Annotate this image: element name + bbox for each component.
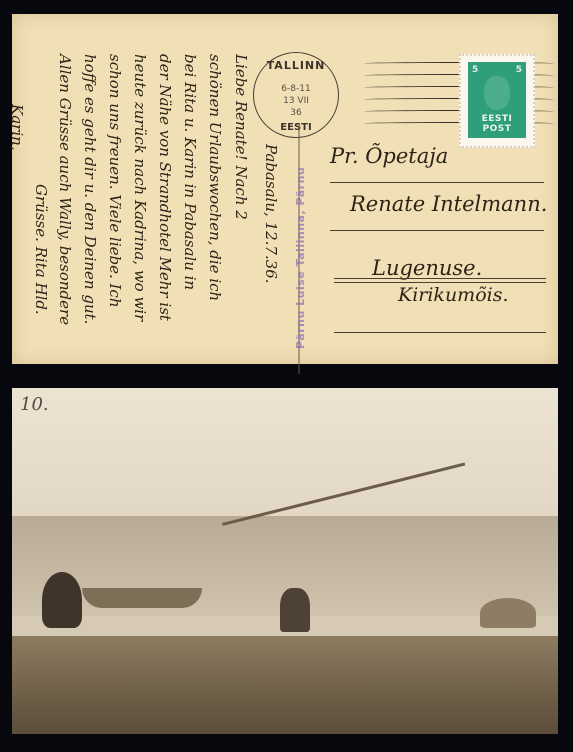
postmark-date: 6-8-11 13 VII 36 [254,83,338,119]
message-line: Liebe Renate! Nach 2 [232,54,250,220]
message-line: schönen Urlaubswochen, die ich [206,54,224,301]
photo-boat [82,588,202,608]
postmark-bottom: EESTI [254,122,338,133]
address-line-4: Kirikumõis. [398,284,509,306]
message-line: der Nähe von Strandhotel Mehr ist [156,54,174,321]
photo-sky [12,388,558,516]
postcard-front-photo: 10. [12,388,558,734]
address-line-2: Renate Intelmann. [350,192,547,216]
message-line: bei Rita u. Karin in Pabasalu in [181,54,199,290]
postcard-back: TALLINN 6-8-11 13 VII 36 EESTI 5 5 EESTI… [12,14,558,364]
message-place-date: Pabasalu, 12.7.36. [262,144,280,284]
stamp-label: EESTI POST [468,114,526,134]
photo-rock [480,598,536,628]
publisher-stamp: Pärnu Luise Tallinna, Pärnu [294,167,307,349]
postmark: TALLINN 6-8-11 13 VII 36 EESTI [253,52,339,138]
photo-figure [42,572,82,628]
address-line-3: Lugenuse. [372,256,482,280]
photo-number: 10. [20,394,49,415]
postage-stamp: 5 5 EESTI POST [459,54,535,148]
message-line: Grüsse. Rita Hld. [32,184,50,315]
message-line: Karin, [8,104,26,151]
postmark-city: TALLINN [254,59,338,72]
message-line: hoffe es geht dir u. den Deinen gut. [81,54,99,324]
message-line: heute zurück nach Kadrina, wo wir [131,54,149,321]
photo-figure [280,588,310,632]
address-line-1: Pr. Õpetaja [330,144,448,168]
message-line: Allen Grüsse auch Wally, besondere [56,54,74,325]
message-line: schon uns freuen. Viele liebe. Ich [106,54,124,308]
photo-grass [12,636,558,734]
